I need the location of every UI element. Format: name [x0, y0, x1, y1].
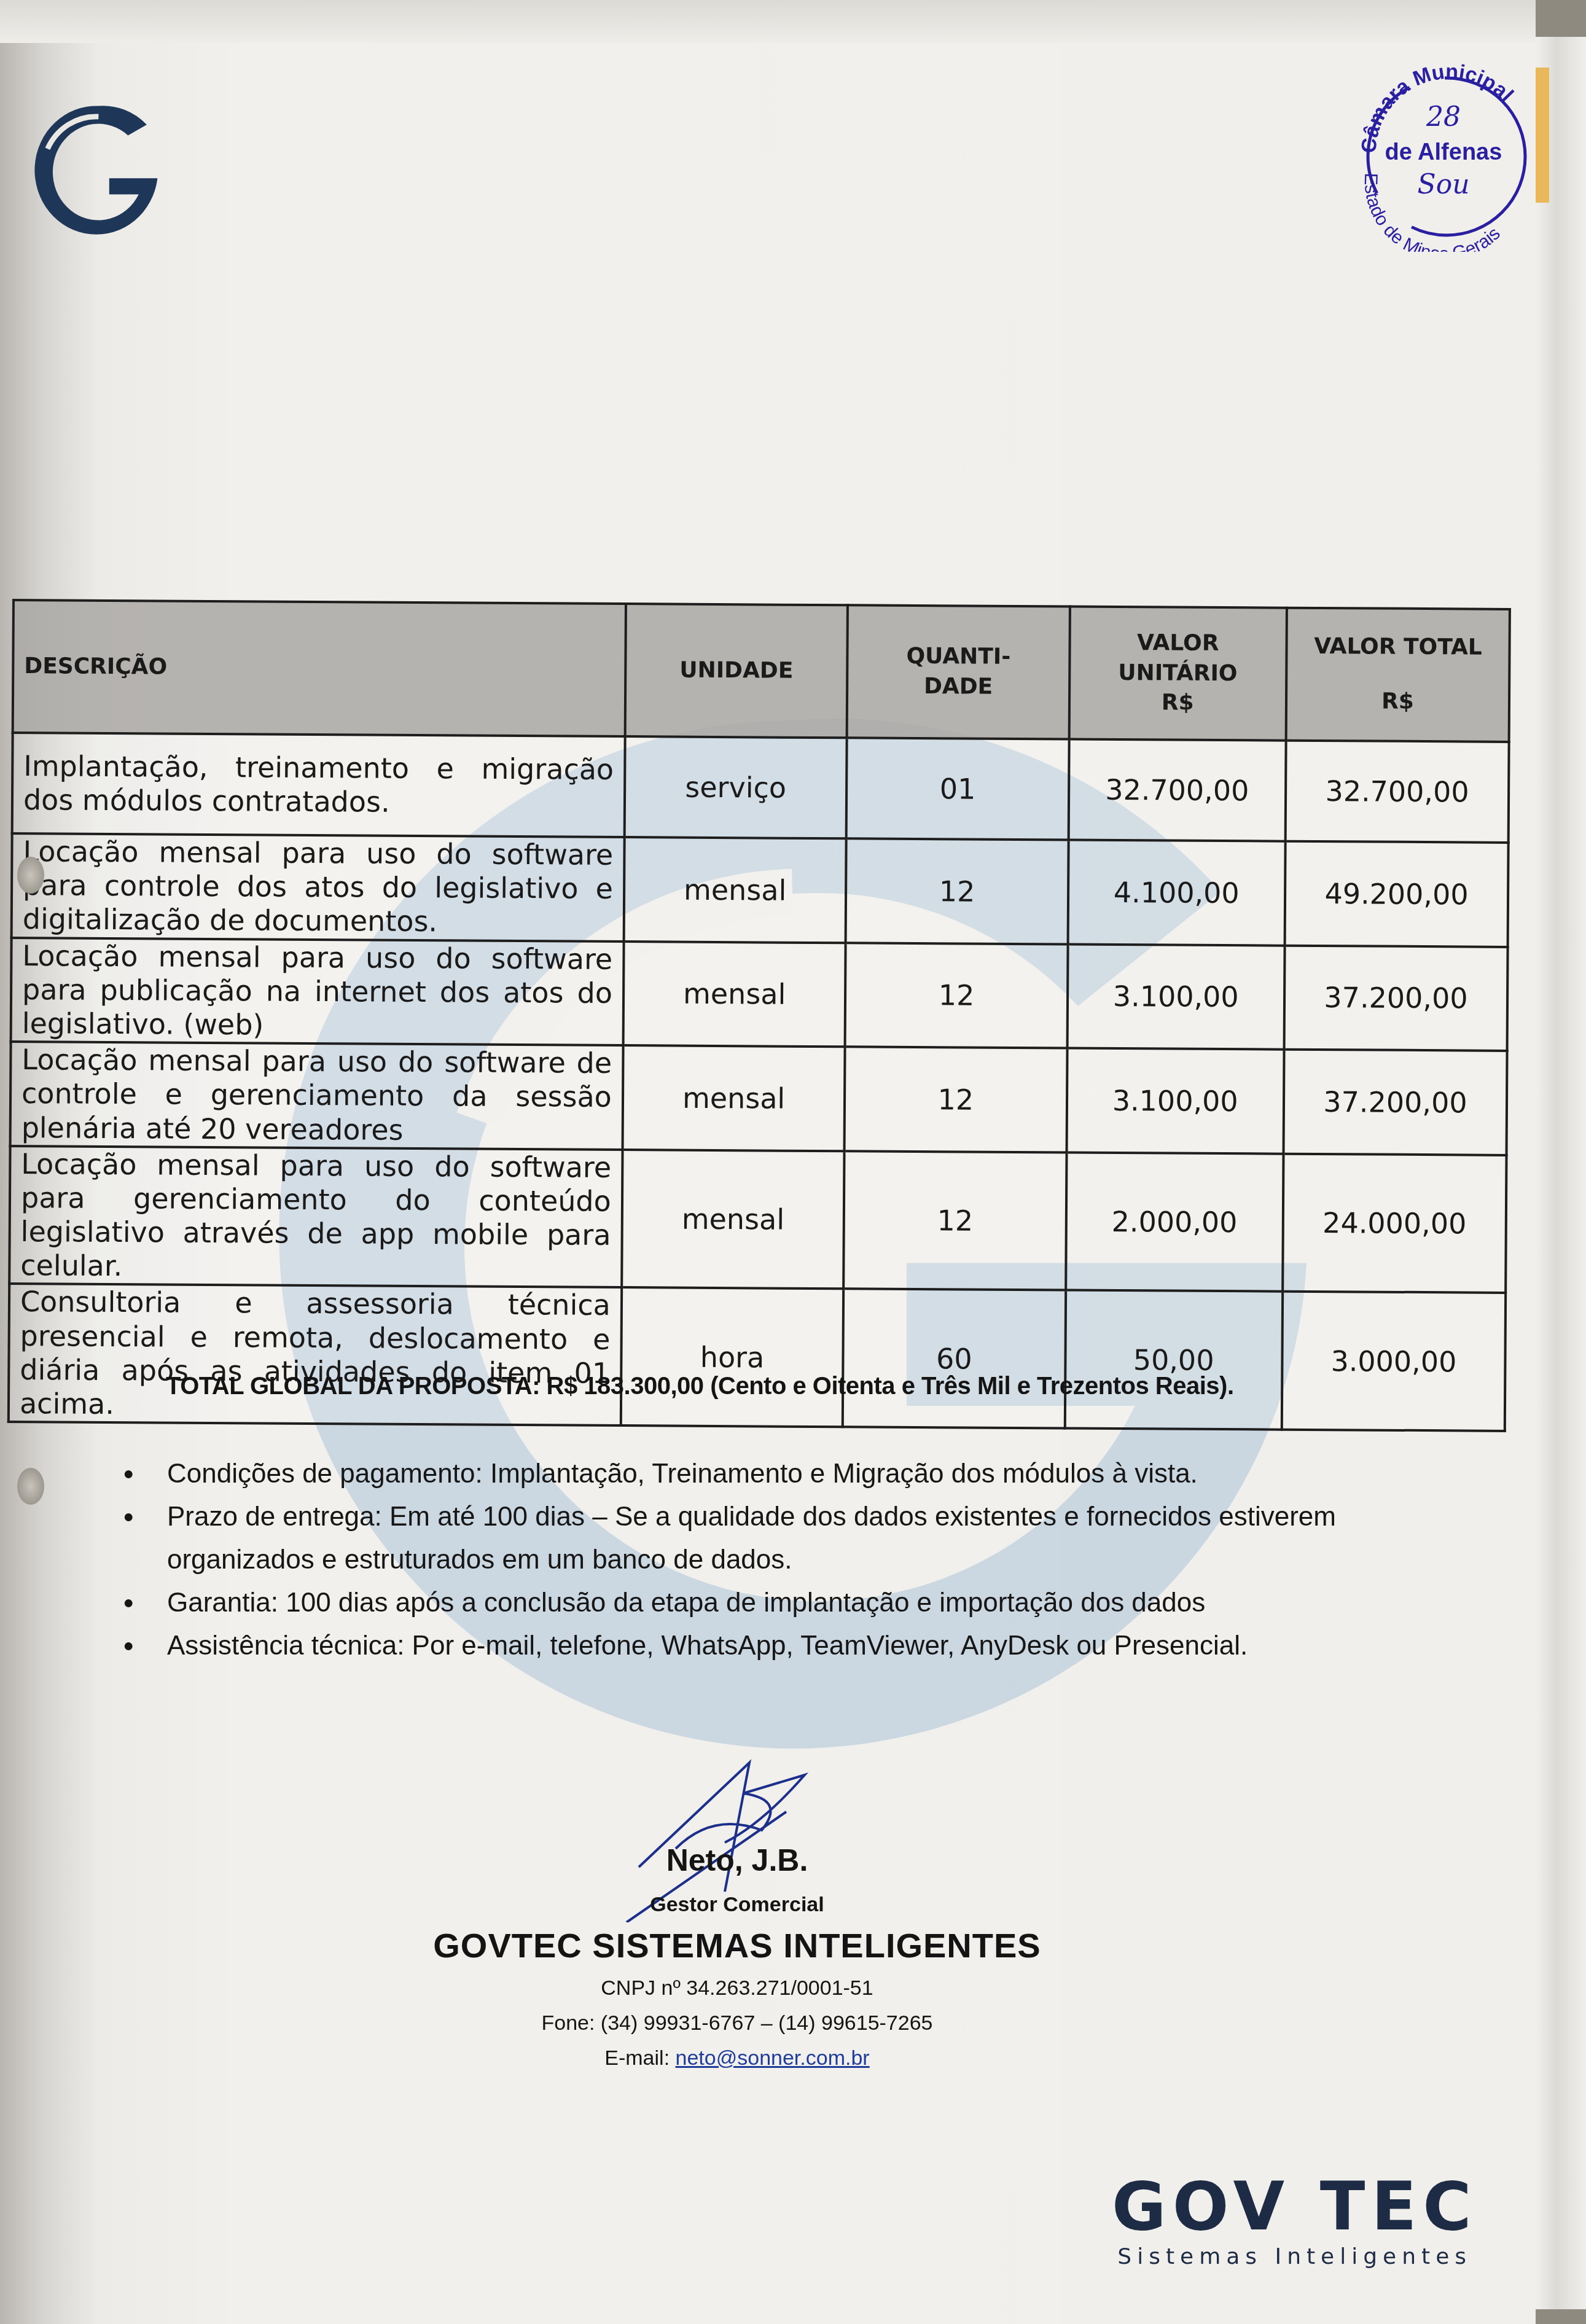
- header-quantity: QUANTI- DADE: [847, 605, 1069, 739]
- cell-unit-value: 3.100,00: [1066, 1048, 1284, 1154]
- company-email-line: E-mail: neto@sonner.com.br: [430, 2046, 1044, 2070]
- total-value: R$ 183.300,00: [547, 1373, 704, 1400]
- cell-total-value: 37.200,00: [1284, 945, 1507, 1051]
- punch-hole: [17, 1468, 44, 1505]
- svg-text:28: 28: [1426, 101, 1461, 133]
- header-unit-value-line2: UNITÁRIO: [1080, 658, 1276, 689]
- total-label: TOTAL GLOBAL DA PROPOSTA:: [166, 1373, 540, 1400]
- company-name: GOVTEC SISTEMAS INTELIGENTES: [430, 1925, 1044, 1965]
- company-phone: Fone: (34) 99931-6767 – (14) 99615-7265: [430, 2011, 1044, 2035]
- header-quantity-line1: QUANTI-: [859, 642, 1058, 673]
- cell-unit-value: 4.100,00: [1068, 840, 1285, 946]
- govtec-g-logo-icon: [28, 95, 163, 243]
- header-unit-value: VALOR UNITÁRIO R$: [1069, 607, 1287, 741]
- cell-unit: serviço: [624, 736, 847, 838]
- svg-text:de Alfenas: de Alfenas: [1385, 139, 1502, 165]
- company-cnpj: CNPJ nº 34.263.271/0001-51: [430, 1976, 1044, 2000]
- cell-description: Locação mensal para uso do software para…: [9, 1146, 622, 1288]
- signer-role: Gestor Comercial: [430, 1893, 1044, 1917]
- municipal-stamp: Câmara Municipal Estado de Minas Gerais …: [1351, 49, 1536, 252]
- email-label: E-mail:: [604, 2046, 670, 2070]
- cell-unit-value: 32.700,00: [1068, 739, 1286, 841]
- cell-quantity: 12: [845, 1047, 1067, 1152]
- table-row: Locação mensal para uso do software de c…: [10, 1042, 1507, 1155]
- cell-total-value: 49.200,00: [1284, 841, 1508, 947]
- table-row: Locação mensal para uso do software para…: [12, 833, 1509, 946]
- previous-page-fold: [0, 0, 1536, 43]
- cell-quantity: 01: [846, 738, 1069, 840]
- header-unit-value-line3: R$: [1080, 688, 1275, 719]
- cell-quantity: 60: [843, 1289, 1065, 1429]
- table-row: Consultoria e assessoria técnica presenc…: [9, 1284, 1506, 1431]
- cell-unit-value: 2.000,00: [1066, 1152, 1284, 1292]
- brand-name: GOV TEC: [1112, 2174, 1477, 2240]
- proposal-page: Câmara Municipal Estado de Minas Gerais …: [0, 0, 1536, 2324]
- total-global-proposal: TOTAL GLOBAL DA PROPOSTA: R$ 183.300,00 …: [166, 1373, 1234, 1400]
- cell-unit: mensal: [622, 1150, 845, 1289]
- total-in-words: (Cento e Oitenta e Três Mil e Trezentos …: [710, 1373, 1233, 1400]
- condition-payment: Condições de pagamento: Implantação, Tre…: [123, 1452, 1474, 1495]
- table-row: Locação mensal para uso do software para…: [11, 938, 1508, 1051]
- cell-quantity: 12: [845, 943, 1068, 1048]
- cell-description: Implantação, treinamento e migração dos …: [12, 733, 625, 837]
- condition-support: Assistência técnica: Por e-mail, telefon…: [123, 1624, 1474, 1667]
- cell-unit-value: 50,00: [1064, 1290, 1283, 1430]
- header-quantity-line2: DADE: [858, 671, 1058, 703]
- email-link[interactable]: neto@sonner.com.br: [676, 2046, 870, 2070]
- brand-tagline: Sistemas Inteligentes: [1112, 2244, 1477, 2269]
- cell-unit-value: 3.100,00: [1067, 944, 1284, 1050]
- proposal-items-table: DESCRIÇÃO UNIDADE QUANTI- DADE VALOR UNI…: [7, 599, 1511, 1432]
- signature-block: Neto, J.B. Gestor Comercial GOVTEC SISTE…: [430, 1738, 1044, 2070]
- cell-unit: mensal: [623, 942, 846, 1047]
- cell-description: Locação mensal para uso do software de c…: [10, 1042, 623, 1150]
- cell-description: Consultoria e assessoria técnica presenc…: [9, 1284, 622, 1425]
- punch-hole: [17, 857, 44, 894]
- cell-quantity: 12: [844, 1151, 1066, 1290]
- header-unit: UNIDADE: [625, 604, 848, 738]
- signer-name: Neto, J.B.: [430, 1842, 1044, 1878]
- table-row: Implantação, treinamento e migração dos …: [12, 733, 1509, 843]
- header-total-value: VALOR TOTAL R$: [1286, 608, 1510, 742]
- cell-description: Locação mensal para uso do software para…: [11, 938, 624, 1046]
- header-unit-value-line1: VALOR: [1080, 628, 1276, 660]
- cell-description: Locação mensal para uso do software para…: [12, 833, 625, 942]
- cell-unit: mensal: [622, 1045, 845, 1151]
- cell-total-value: 3.000,00: [1282, 1292, 1506, 1431]
- cell-unit: mensal: [623, 837, 846, 943]
- table-header-row: DESCRIÇÃO UNIDADE QUANTI- DADE VALOR UNI…: [13, 600, 1510, 742]
- table-row: Locação mensal para uso do software para…: [9, 1146, 1506, 1293]
- cell-total-value: 32.700,00: [1286, 741, 1509, 843]
- header-total-value-line2: R$: [1297, 687, 1498, 718]
- condition-warranty: Garantia: 100 dias após a conclusão da e…: [123, 1581, 1474, 1624]
- cell-quantity: 12: [846, 838, 1068, 944]
- cell-total-value: 24.000,00: [1283, 1153, 1506, 1293]
- footer-brand-logo: GOV TEC Sistemas Inteligentes: [1112, 2174, 1477, 2269]
- cell-unit: hora: [621, 1288, 844, 1427]
- header-total-value-line1: VALOR TOTAL: [1297, 632, 1498, 663]
- condition-delivery: Prazo de entrega: Em até 100 dias – Se a…: [123, 1495, 1474, 1581]
- cell-total-value: 37.200,00: [1283, 1050, 1507, 1155]
- header-description: DESCRIÇÃO: [13, 600, 626, 736]
- svg-text:Sou: Sou: [1418, 169, 1470, 200]
- conditions-list: Condições de pagamento: Implantação, Tre…: [123, 1452, 1474, 1667]
